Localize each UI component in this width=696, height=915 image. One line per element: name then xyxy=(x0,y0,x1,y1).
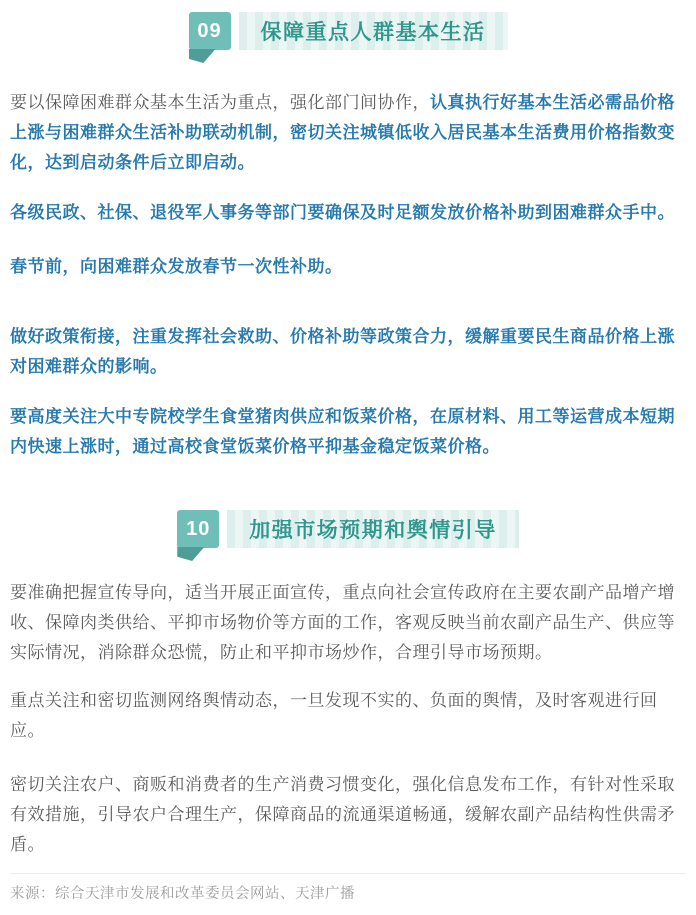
paragraph: 要准确把握宣传导向，适当开展正面宣传，重点向社会宣传政府在主要农副产品增产增收、… xyxy=(10,578,686,668)
section-10-badge: 10 xyxy=(177,510,219,548)
section-10-badge-fold-ribbon xyxy=(177,547,204,561)
paragraph: 密切关注农户、商贩和消费者的生产消费习惯变化，强化信息发布工作，有针对性采取有效… xyxy=(10,770,686,860)
paragraph: 要以保障困难群众基本生活为重点，强化部门间协作，认真执行好基本生活必需品价格上涨… xyxy=(10,88,686,178)
article-page: 09 保障重点人群基本生活 要以保障困难群众基本生活为重点，强化部门间协作，认真… xyxy=(0,0,696,915)
paragraph: 做好政策衔接，注重发挥社会救助、价格补助等政策合力，缓解重要民生商品价格上涨对困… xyxy=(10,322,686,382)
paragraph: 春节前，向困难群众发放春节一次性补助。 xyxy=(10,252,686,282)
section-10-header: 10 加强市场预期和舆情引导 xyxy=(10,510,686,548)
section-09-title: 保障重点人群基本生活 xyxy=(239,12,508,50)
section-10-badge-number: 10 xyxy=(177,510,219,548)
paragraph: 各级民政、社保、退役军人事务等部门要确保及时足额发放价格补助到困难群众手中。 xyxy=(10,198,686,228)
section-09-badge: 09 xyxy=(189,12,231,50)
footer: 来源：综合天津市发展和改革委员会网站、天津广播 xyxy=(10,873,686,905)
section-10-title: 加强市场预期和舆情引导 xyxy=(227,510,519,548)
paragraph: 重点关注和密切监测网络舆情动态，一旦发现不实的、负面的舆情，及时客观进行回应。 xyxy=(10,686,686,746)
section-09-badge-number: 09 xyxy=(189,12,231,50)
section-09-header: 09 保障重点人群基本生活 xyxy=(10,12,686,50)
section-09-badge-fold-ribbon xyxy=(189,49,216,63)
source-line: 来源：综合天津市发展和改革委员会网站、天津广播 xyxy=(10,883,686,905)
paragraph: 要高度关注大中专院校学生食堂猪肉供应和饭菜价格，在原材料、用工等运营成本短期内快… xyxy=(10,402,686,462)
paragraph-gray-run: 要以保障困难群众基本生活为重点，强化部门间协作， xyxy=(10,93,430,112)
